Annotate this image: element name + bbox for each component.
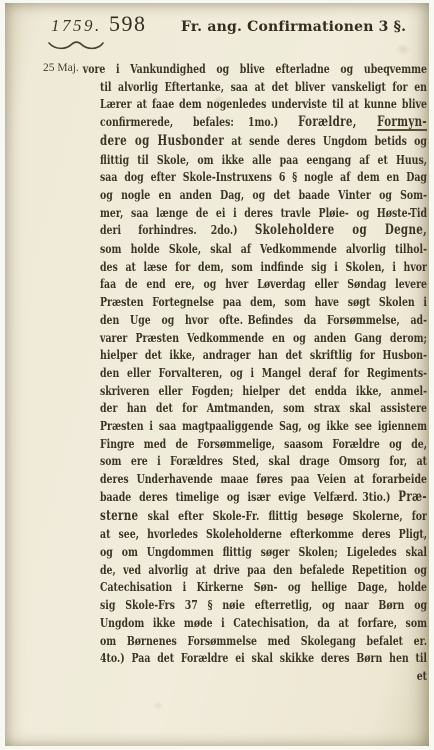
line-segment: confirmerede, befales: 1mo.) [100,114,298,129]
text-line: 4to.) Paa det Forældre ei skal skikke de… [100,649,427,667]
text-line: som holde Skole, skal af Vedkommende alv… [100,240,427,258]
paper-stain [153,701,163,710]
year-underline-flourish-icon [47,37,105,56]
text-line: der han det for Amtmanden, som strax ska… [100,399,427,417]
text-line: faa de end ere, og hver Løverdag eller S… [100,275,427,293]
text-line: deri forhindres. 2do.) Skoleholdere og D… [100,221,427,240]
text-line: Catechisation i Kirkerne Søn- og hellige… [100,578,427,596]
line-segment: at sende deres Ungdom betids og [224,133,427,148]
text-line: confirmerede, befales: 1mo.) Forældre, F… [100,113,427,132]
emphasized-word: Forældre, [298,114,377,130]
text-line: deres Underhavende maae føres paa Veien … [100,470,427,488]
scanned-page-background: 1759. 598 Fr. ang. Confirmationen 3 §. 2… [0,0,434,750]
header-running-title: Fr. ang. Confirmationen 3 §. [181,19,406,35]
text-line: mer, saa længe de ei i deres travle Pløi… [100,204,427,222]
text-line: dere og Husbonder at sende deres Ungdom … [100,132,427,151]
text-line: saa dog efter Skole-Instruxens 6 § nogle… [100,168,427,186]
text-line: Præsten Fortegnelse paa dem, som have sø… [100,293,427,311]
text-line: Ungdom ikke møde i Catechisation, da at … [100,614,427,632]
text-line: og nogle en anden Dag, og det baade Vint… [100,186,427,204]
catchword: et [100,667,427,685]
text-line: varer Præsten Vedkommende en og anden Ga… [100,329,427,347]
paper-stain [395,43,411,56]
line-segment: skal efter Skole-Fr. flittig besøge Skol… [138,508,427,523]
text-line: sig Skole-Frs 37 § nøie efterretlig, og … [100,596,427,614]
text-line: den Uge og hvor ofte. Befindes da Forsøm… [100,311,427,329]
header-page-number: 598 [109,11,147,37]
line-segment: deri forhindres. 2do.) [100,222,255,237]
text-line: flittig til Skole, om ikke alle paa eeng… [100,151,427,169]
text-line: at see, hvorledes Skoleholderne efterkom… [100,525,427,543]
text-line: til alvorlig Eftertanke, saa at det bliv… [100,78,427,96]
hand-underlined-word: Formyn- [377,114,427,130]
header-year: 1759. [51,16,102,36]
text-line: den eller Forvalteren, og i Mangel deraf… [100,364,427,382]
text-line: som ere i Forældres Sted, skal drage Oms… [100,452,427,470]
text-line: sterne skal efter Skole-Fr. flittig besø… [100,507,427,526]
text-line: des at læse for dem, som indfinde sig i … [100,258,427,276]
body-text-block: vore i Vankundighed og blive efterladne … [100,60,427,685]
line-segment: baade deres timelige og især evige Velfæ… [100,489,398,504]
emphasized-word: Præ- [398,489,427,505]
text-line: Fingre med de Forsømmelige, saasom Foræl… [100,435,427,453]
text-line: hielper det ikke, andrager han det skrif… [100,346,427,364]
text-line: baade deres timelige og især evige Velfæ… [100,488,427,507]
text-line: skriveren eller Fogden; hielper det endd… [100,382,427,400]
text-line: om Børnenes Forsømmelse med Skolegang be… [100,632,427,650]
emphasized-phrase: Skoleholdere og Degne, [255,222,427,238]
margin-date-note: 25 Maj. [43,62,79,74]
text-line: vore i Vankundighed og blive efterladne … [83,60,427,78]
text-line: og om Ungdommen flittig søger Skolen; Li… [100,543,427,561]
emphasized-phrase: dere og Husbonder [100,133,224,149]
text-line: de, ved alvorlig at drive paa den befale… [100,561,427,579]
text-line: Præsten i saa magtpaaliggende Sag, og ik… [100,417,427,435]
emphasized-word: sterne [100,508,138,524]
book-page: 1759. 598 Fr. ang. Confirmationen 3 §. 2… [5,3,429,746]
text-line: Lærer at faae dem nogenledes underviste … [100,95,427,113]
